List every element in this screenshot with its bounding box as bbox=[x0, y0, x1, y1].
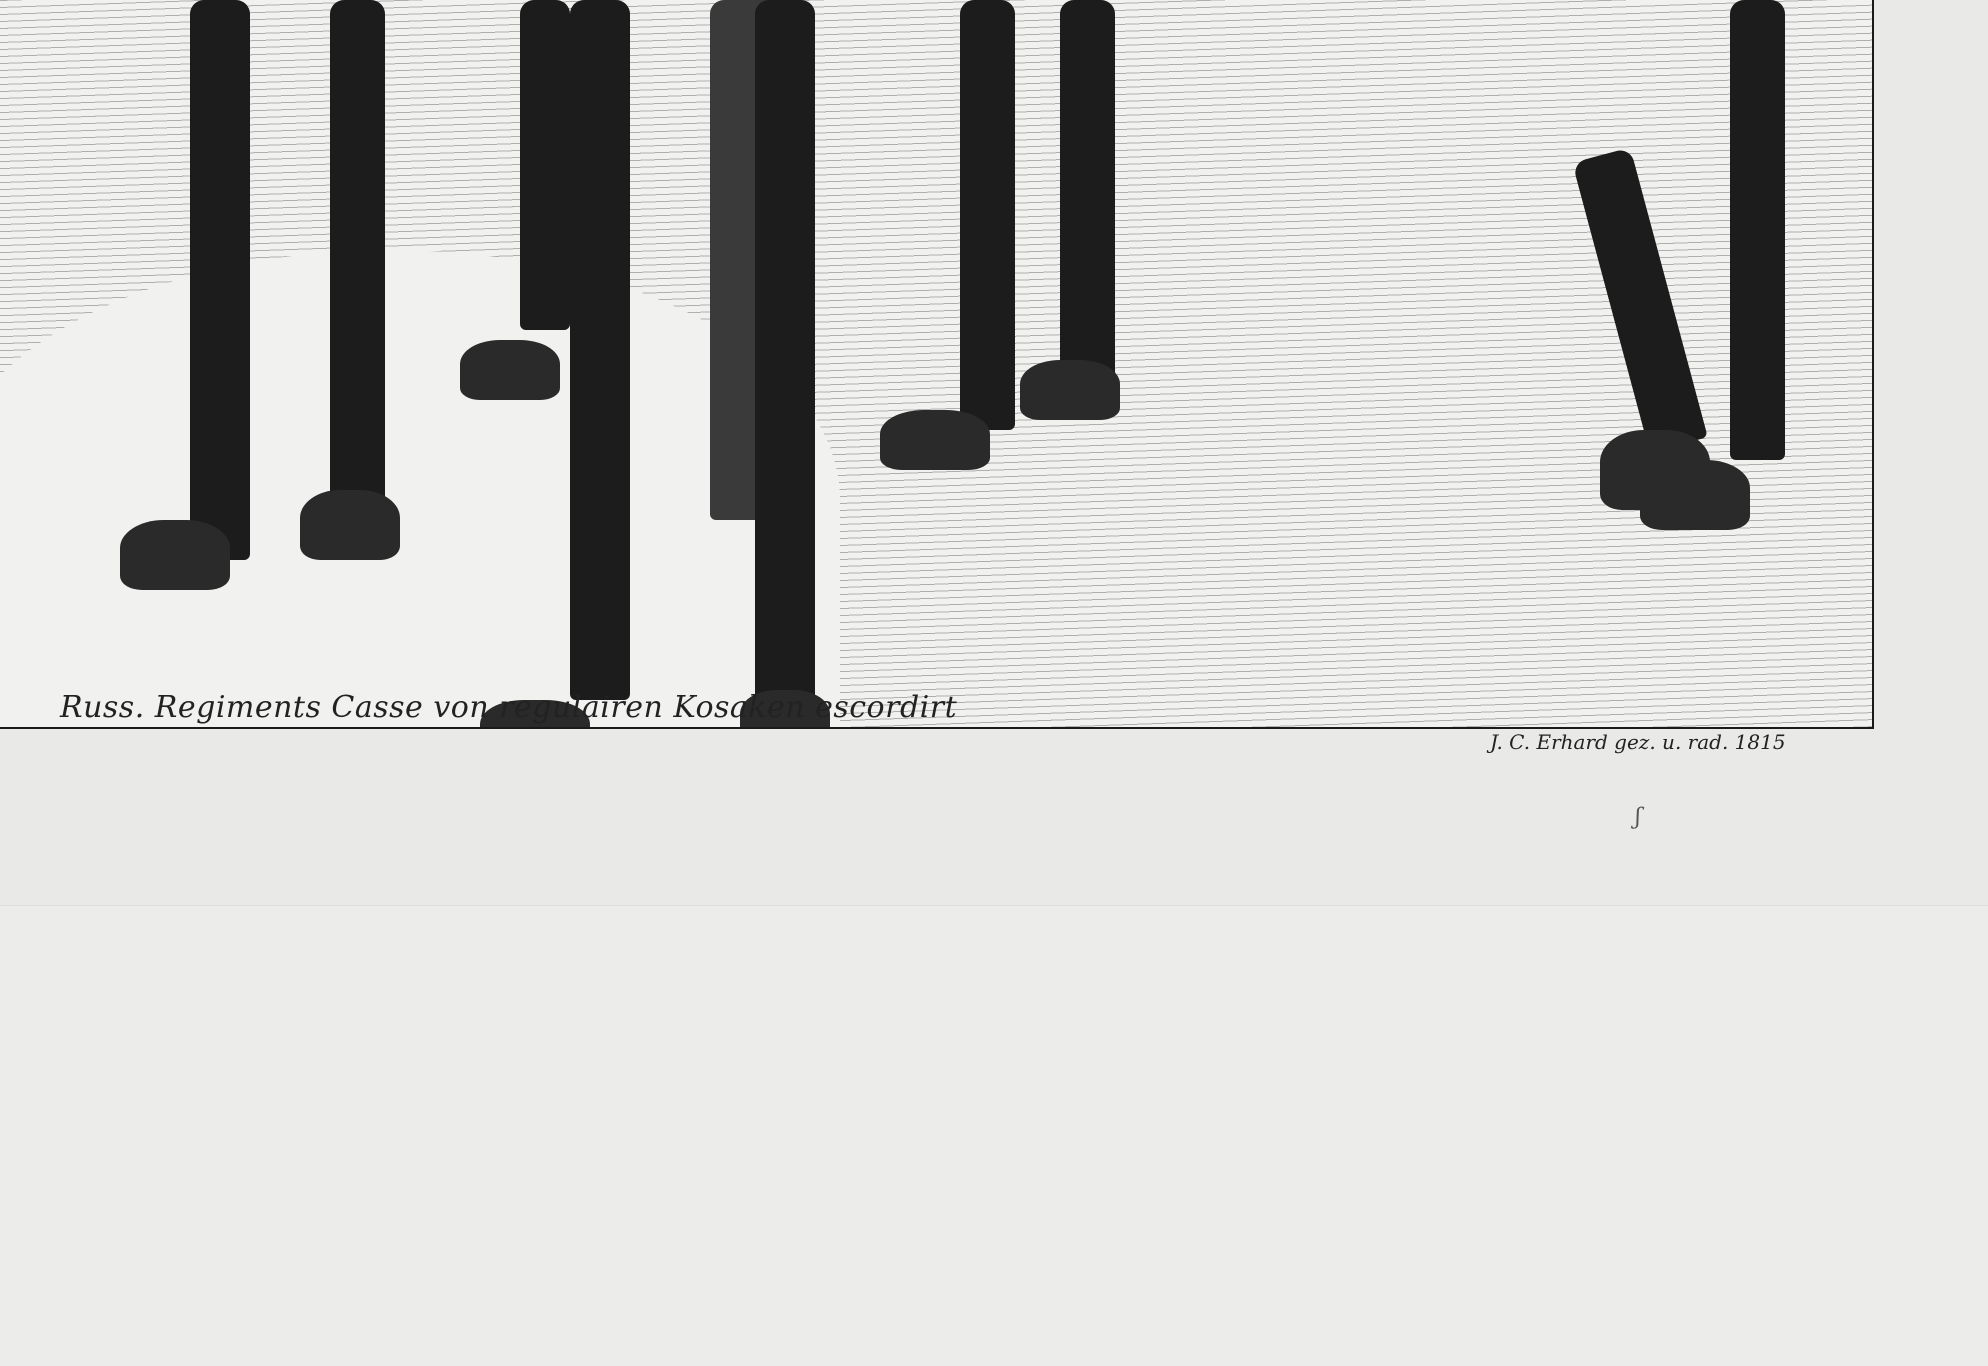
paper-margin bbox=[0, 905, 1988, 1366]
horse-hoof bbox=[1020, 360, 1120, 420]
horse-hoof bbox=[120, 520, 230, 590]
horse-leg bbox=[1730, 0, 1785, 460]
horse-leg bbox=[755, 0, 815, 720]
horse-hoof bbox=[460, 340, 560, 400]
etching-plate bbox=[0, 0, 1874, 729]
print-caption: Russ. Regiments Casse von regulairen Kos… bbox=[60, 690, 957, 725]
horse-leg bbox=[1060, 0, 1115, 380]
margin-mark: ʃ bbox=[1635, 805, 1641, 830]
horse-leg bbox=[570, 0, 630, 700]
horse-leg bbox=[190, 0, 250, 560]
horse-leg bbox=[330, 0, 385, 520]
horse-hoof bbox=[1640, 460, 1750, 530]
horse-leg bbox=[960, 0, 1015, 430]
horse-leg bbox=[520, 0, 570, 330]
horse-hoof bbox=[880, 410, 990, 470]
horse-hoof bbox=[300, 490, 400, 560]
artist-signature: J. C. Erhard gez. u. rad. 1815 bbox=[1490, 730, 1786, 754]
